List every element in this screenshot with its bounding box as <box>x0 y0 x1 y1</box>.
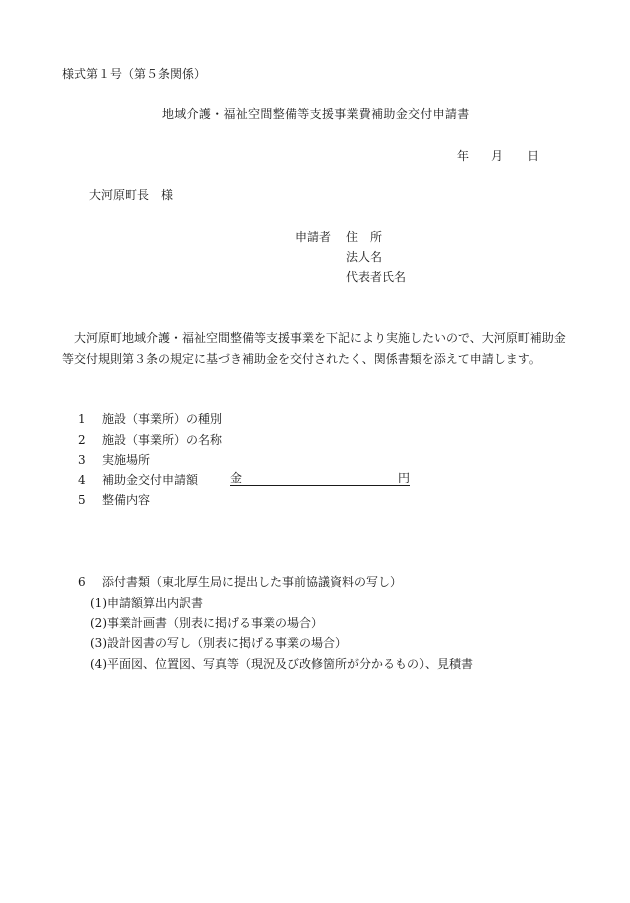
date-year-label: 年 <box>457 148 491 164</box>
date-line: 年月日 <box>457 148 539 164</box>
applicant-label: 申請者 <box>295 229 331 245</box>
date-month-label: 月 <box>491 148 527 164</box>
addressee: 大河原町長 様 <box>89 187 173 203</box>
attachment-item: (2)事業計画書（別表に掲げる事業の場合） <box>90 615 323 631</box>
item-attachments: 6添付書類（東北厚生局に提出した事前協議資料の写し） <box>78 574 402 590</box>
amount-suffix: 円 <box>398 470 410 486</box>
item-requested-amount: 4補助金交付申請額 <box>78 472 198 488</box>
item-work-details: 5整備内容 <box>78 492 150 508</box>
form-id: 様式第１号（第５条関係） <box>62 66 206 82</box>
date-day-label: 日 <box>527 148 539 164</box>
item-facility-type: 1施設（事業所）の種別 <box>78 411 222 427</box>
item-facility-name: 2施設（事業所）の名称 <box>78 432 222 448</box>
applicant-representative-label: 代表者氏名 <box>346 269 406 285</box>
amount-prefix: 金 <box>230 471 242 485</box>
attachment-item: (4)平面図、位置図、写真等（現況及び改修箇所が分かるもの）、見積書 <box>90 656 473 672</box>
item-location: 3実施場所 <box>78 452 150 468</box>
body-paragraph: 大河原町地域介護・福祉空間整備等支援事業を下記により実施したいので、大河原町補助… <box>62 328 572 370</box>
applicant-address-label: 住 所 <box>346 229 382 245</box>
document-title: 地域介護・福祉空間整備等支援事業費補助金交付申請書 <box>162 106 470 122</box>
applicant-corporation-label: 法人名 <box>346 249 382 265</box>
attachment-item: (1)申請額算出内訳書 <box>90 595 203 611</box>
amount-field: 金 円 <box>230 470 410 486</box>
attachment-item: (3)設計図書の写し（別表に掲げる事業の場合） <box>90 635 347 651</box>
